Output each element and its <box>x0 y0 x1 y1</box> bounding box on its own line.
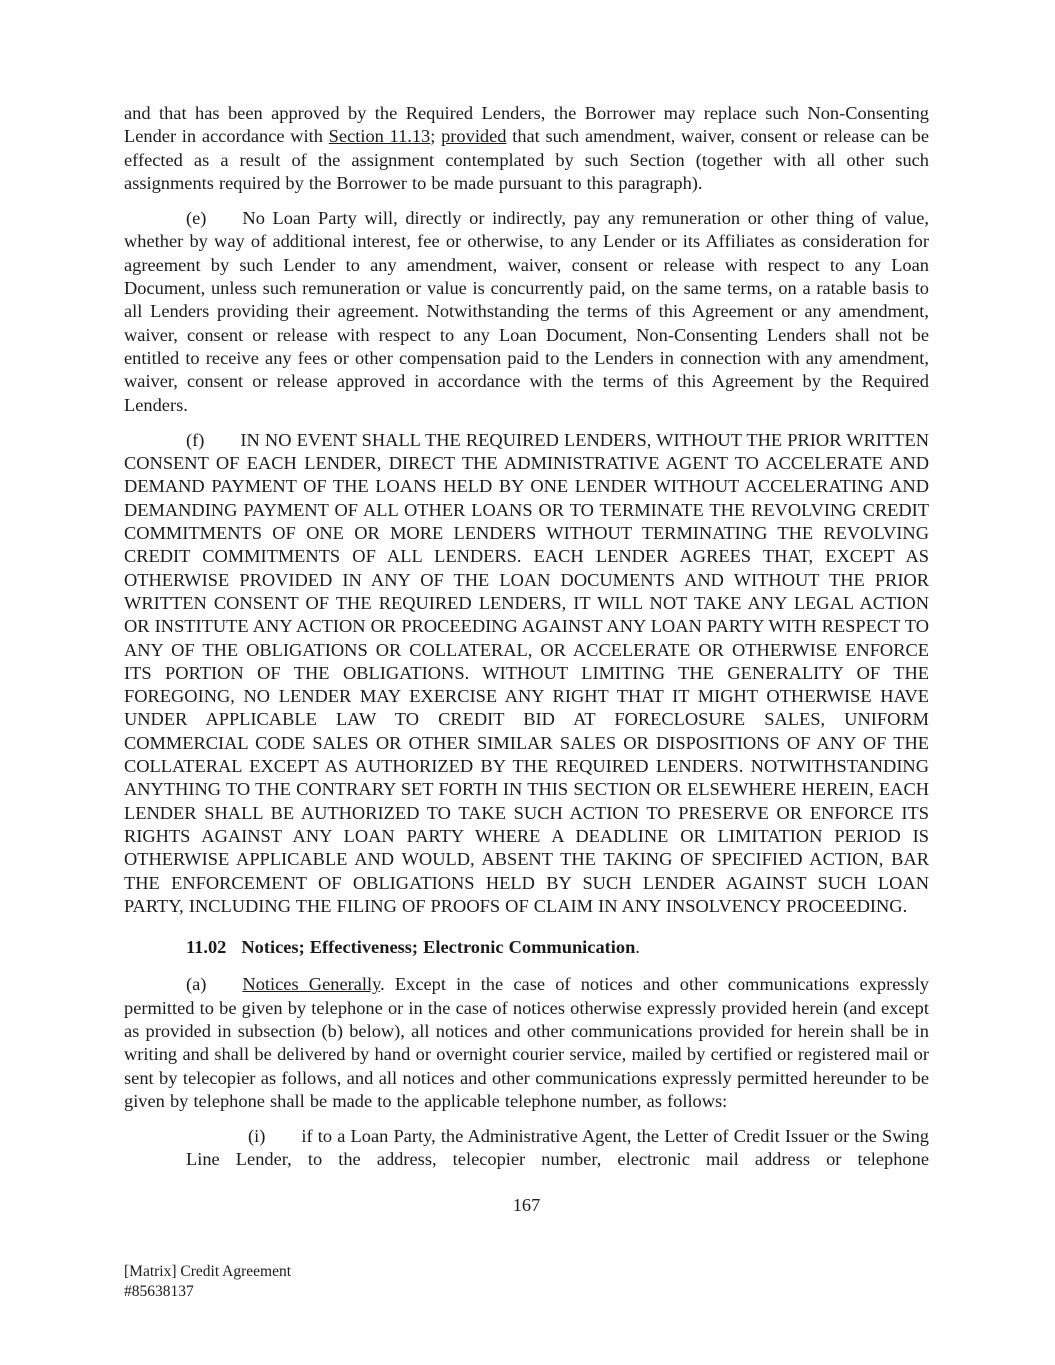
provided-term: provided <box>441 126 506 146</box>
footer-document-id: #85638137 <box>124 1282 291 1302</box>
notices-generally-term: Notices Generally <box>242 974 380 994</box>
paragraph-i-marker: (i) <box>248 1126 265 1146</box>
paragraph-a-marker: (a) <box>186 974 206 994</box>
paragraph-a: (a)Notices Generally. Except in the case… <box>124 973 929 1113</box>
document-footer: [Matrix] Credit Agreement #85638137 <box>124 1262 291 1302</box>
paragraph-f-marker: (f) <box>186 430 204 450</box>
document-body: and that has been approved by the Requir… <box>124 102 929 1229</box>
paragraph-continuation: and that has been approved by the Requir… <box>124 102 929 195</box>
section-heading-11-02: 11.02Notices; Effectiveness; Electronic … <box>124 936 929 959</box>
paragraph-e-marker: (e) <box>186 208 206 228</box>
section-title: Notices; Effectiveness; Electronic Commu… <box>241 937 635 957</box>
continuation-text-2: ; <box>430 126 441 146</box>
section-11-13-reference: Section 11.13 <box>329 126 431 146</box>
paragraph-f: (f)IN NO EVENT SHALL THE REQUIRED LENDER… <box>124 429 929 918</box>
footer-document-title: [Matrix] Credit Agreement <box>124 1262 291 1282</box>
page-number: 167 <box>124 1194 929 1217</box>
section-number: 11.02 <box>186 937 226 957</box>
paragraph-e: (e)No Loan Party will, directly or indir… <box>124 207 929 417</box>
paragraph-i-text: if to a Loan Party, the Administrative A… <box>186 1126 929 1169</box>
paragraph-i: (i)if to a Loan Party, the Administrativ… <box>186 1125 929 1172</box>
paragraph-a-text: . Except in the case of notices and othe… <box>124 974 929 1110</box>
document-page: and that has been approved by the Requir… <box>0 0 1055 1365</box>
section-title-period: . <box>635 937 640 957</box>
paragraph-e-text: No Loan Party will, directly or indirect… <box>124 208 929 414</box>
paragraph-f-text: IN NO EVENT SHALL THE REQUIRED LENDERS, … <box>124 430 929 916</box>
